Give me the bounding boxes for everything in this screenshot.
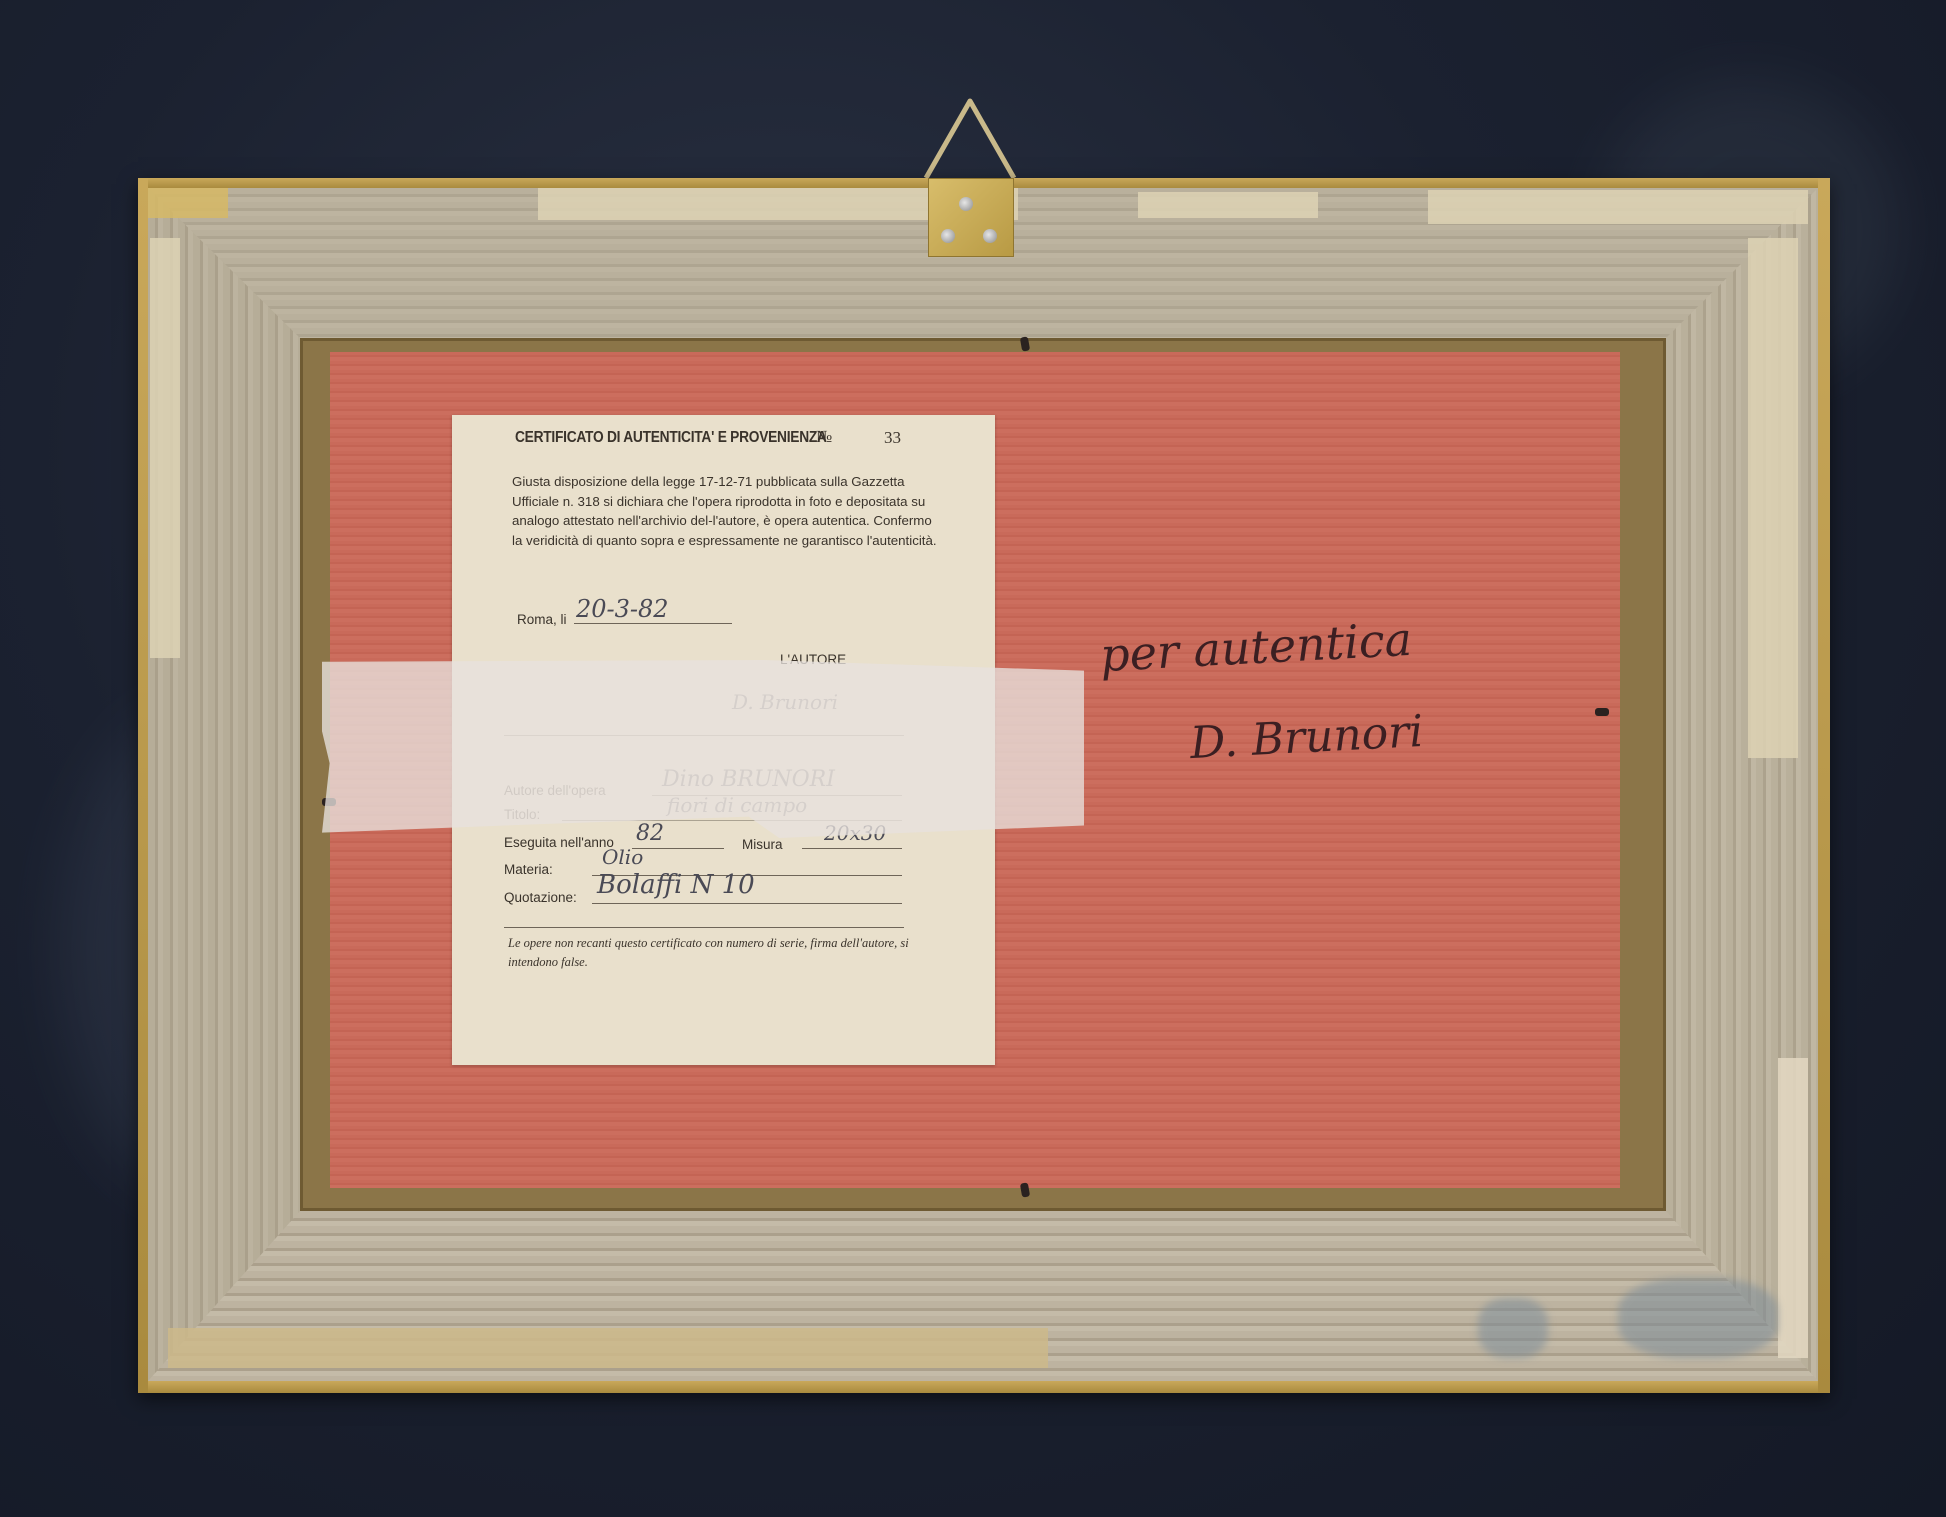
material-field-label: Materia: — [504, 862, 553, 877]
quotation-field-value: Bolaffi N 10 — [597, 870, 755, 900]
place-label: Roma, li — [517, 612, 567, 627]
certificate-body: Giusta disposizione della legge 17-12-71… — [512, 472, 942, 550]
quotation-field-label: Quotazione: — [504, 890, 577, 905]
certificate-number: 33 — [884, 428, 901, 448]
triangle-hanger-icon — [920, 93, 1020, 183]
year-field-value: 82 — [636, 821, 664, 846]
number-label: № — [816, 427, 832, 447]
material-field-value: Olio — [602, 845, 643, 869]
year-field-label: Eseguita nell'anno — [504, 835, 614, 850]
adhesive-tape — [322, 660, 1084, 838]
hanger-plate — [928, 178, 1014, 257]
size-field-label: Misura — [742, 837, 783, 852]
tack — [1595, 708, 1609, 716]
certificate-title: CERTIFICATO DI AUTENTICITA' E PROVENIENZ… — [515, 429, 827, 447]
certificate-footer: Le opere non recanti questo certificato … — [508, 934, 948, 972]
date-handwritten: 20-3-82 — [576, 595, 669, 623]
